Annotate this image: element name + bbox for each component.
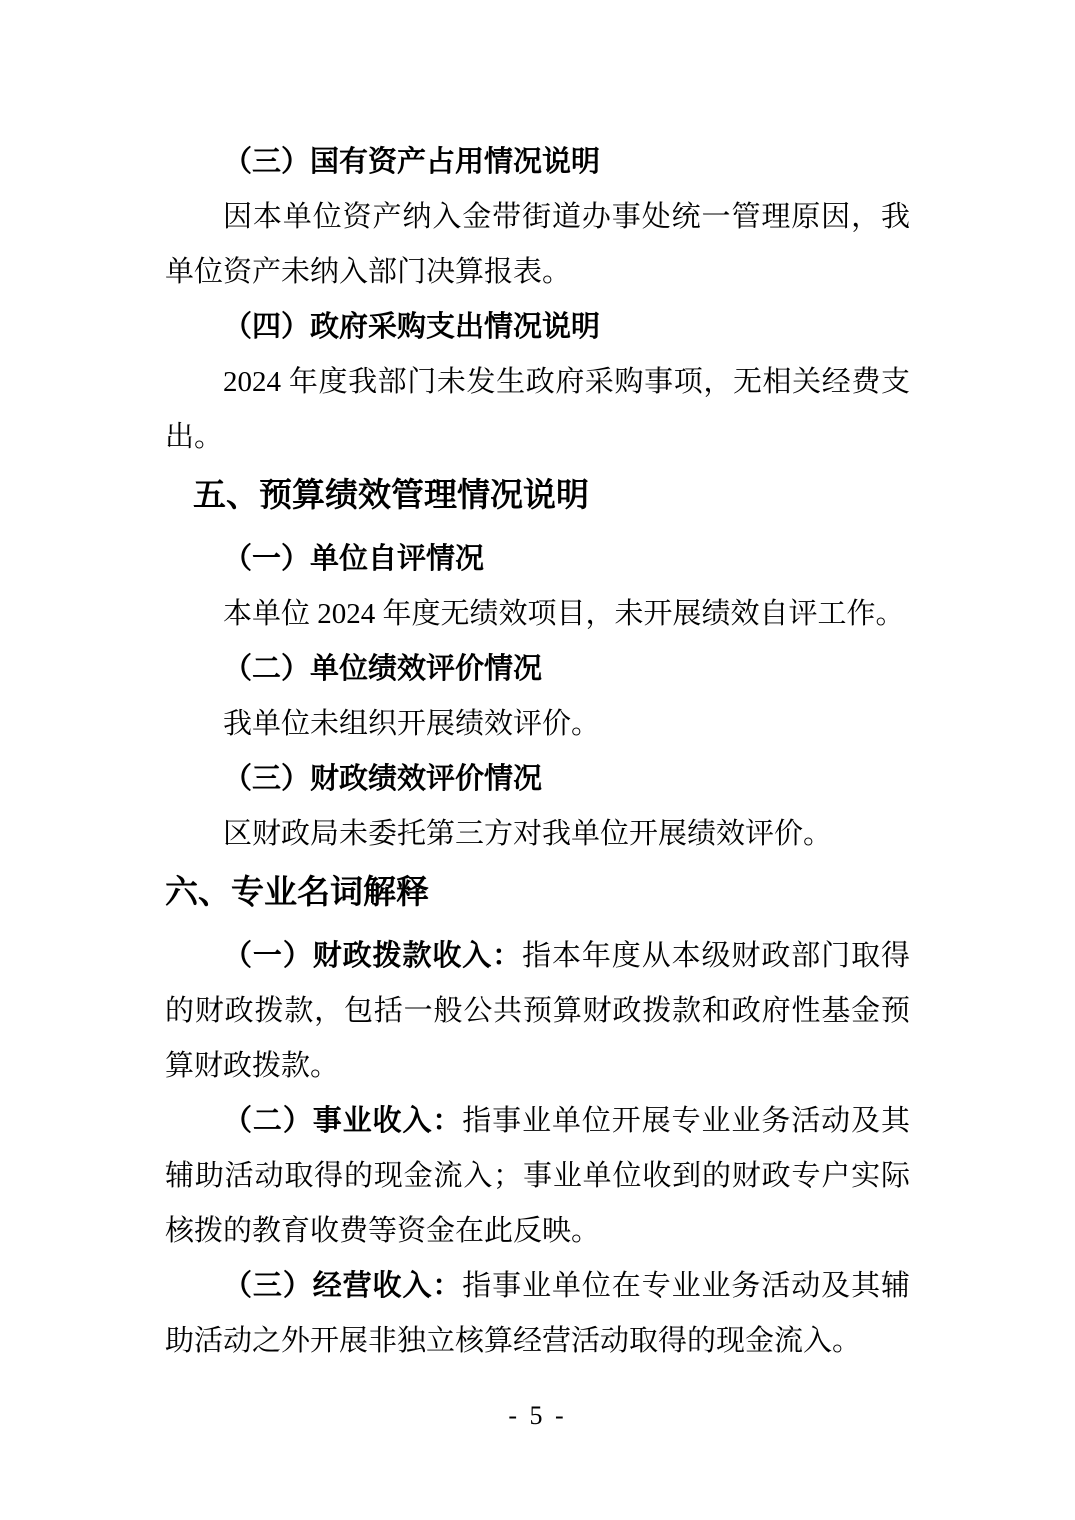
glossary-term-fiscal-appropriation: （一）财政拨款收入：指本年度从本级财政部门取得的财政拨款，包括一般公共预算财政拨… [165,929,910,1094]
paragraph-state-assets: 因本单位资产纳入金带街道办事处统一管理原因，我单位资产未纳入部门决算报表。 [165,190,910,300]
glossary-term-business-income: （三）经营收入：指事业单位在专业业务活动及其辅助活动之外开展非独立核算经营活动取… [165,1259,910,1369]
subheading-finance-eval: （三）财政绩效评价情况 [165,752,910,807]
glossary-term-business-income-lead: （三）经营收入： [223,1270,462,1302]
glossary-term-operating-income-lead: （二）事业收入： [223,1105,462,1137]
page-number: - 5 - [0,1400,1075,1432]
document-page: （三）国有资产占用情况说明 因本单位资产纳入金带街道办事处统一管理原因，我单位资… [0,0,1075,1520]
subheading-state-assets: （三）国有资产占用情况说明 [165,135,910,190]
document-body: （三）国有资产占用情况说明 因本单位资产纳入金带街道办事处统一管理原因，我单位资… [165,135,910,1369]
paragraph-self-eval: 本单位 2024 年度无绩效项目，未开展绩效自评工作。 [165,587,910,642]
glossary-term-operating-income: （二）事业收入：指事业单位开展专业业务活动及其辅助活动取得的现金流入；事业单位收… [165,1094,910,1259]
paragraph-finance-eval: 区财政局未委托第三方对我单位开展绩效评价。 [165,807,910,862]
subheading-self-eval: （一）单位自评情况 [165,532,910,587]
subheading-unit-eval: （二）单位绩效评价情况 [165,642,910,697]
subheading-gov-procurement: （四）政府采购支出情况说明 [165,300,910,355]
glossary-term-fiscal-appropriation-lead: （一）财政拨款收入： [223,940,522,972]
chapter-heading-performance: 五、预算绩效管理情况说明 [165,470,910,520]
chapter-heading-glossary: 六、专业名词解释 [165,867,910,917]
paragraph-unit-eval: 我单位未组织开展绩效评价。 [165,697,910,752]
paragraph-gov-procurement: 2024 年度我部门未发生政府采购事项，无相关经费支出。 [165,355,910,465]
